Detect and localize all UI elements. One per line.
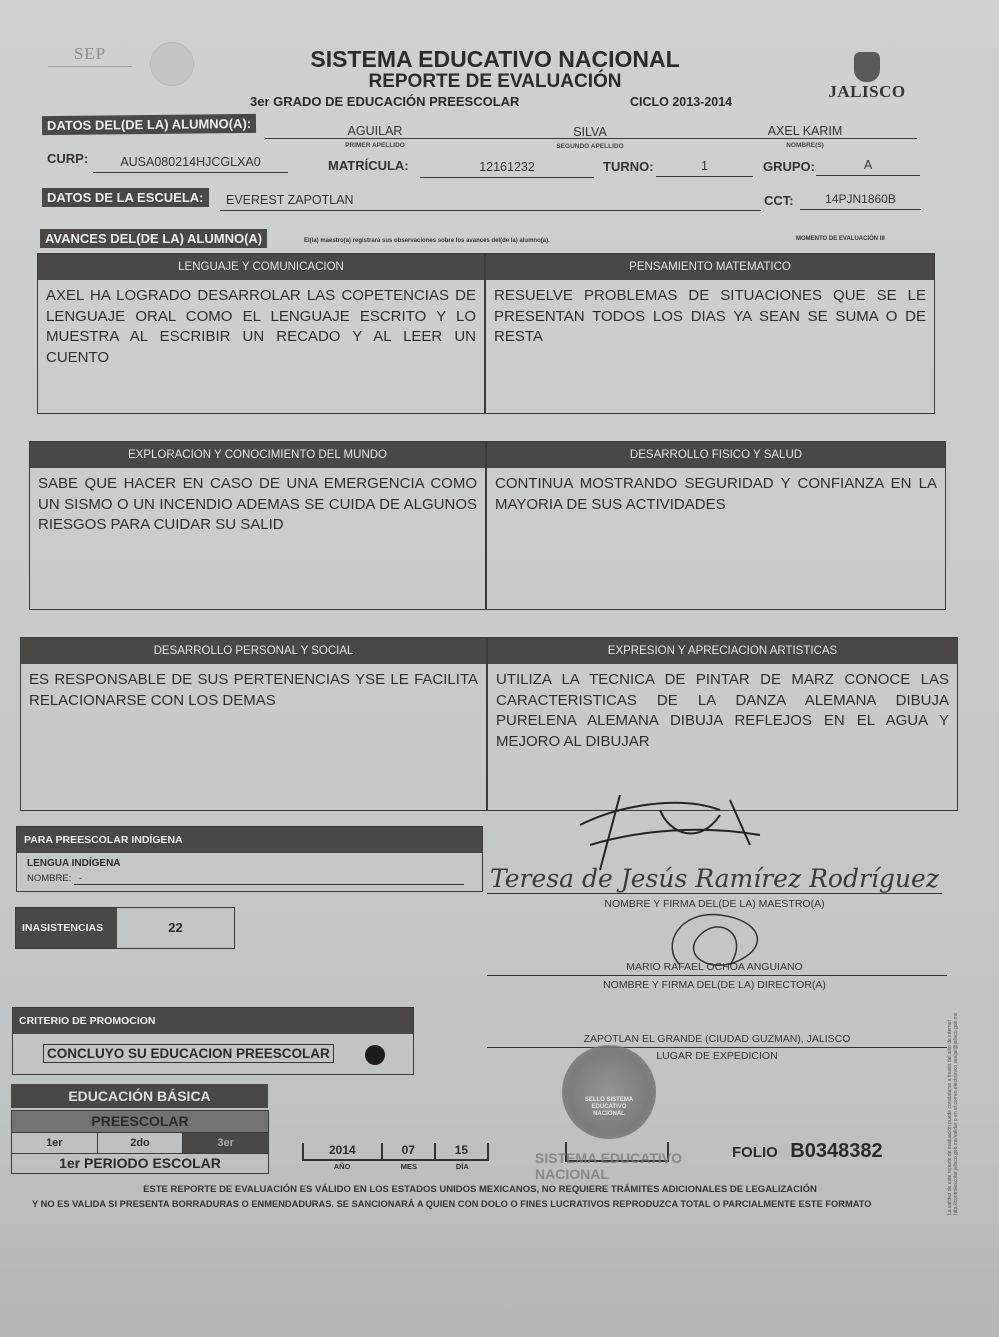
expedition-place: ZAPOTLAN EL GRANDE (CIUDAD GUZMAN), JALI… [487,1033,947,1045]
promotion-header: CRITERIO DE PROMOCION [13,1008,413,1034]
curp-value: AUSA080214HJCGLXA0 [93,155,288,173]
cct-value: 14PJN1860B [800,192,921,210]
date-day: 15 [436,1143,487,1159]
field-text: RESUELVE PROBLEMAS DE SITUACIONES QUE SE… [486,280,934,354]
jalisco-logo: JALISCO [822,52,912,118]
lengua-label: LENGUA INDÍGENA [17,853,482,869]
national-seal-icon [150,42,194,86]
month-label: MES [382,1162,435,1171]
second-surname-label: SEGUNDO APELLIDO [530,143,650,150]
sep-logo-text: SEP [48,44,132,64]
expedition-label: LUGAR DE EXPEDICION [487,1050,947,1062]
grade-1: 1er [12,1133,98,1153]
first-surname: AGUILAR [315,124,435,138]
footer-line-1: ESTE REPORTE DE EVALUACIÓN ES VÁLIDO EN … [30,1184,930,1195]
education-level: PREESCOLAR [12,1111,268,1132]
director-label: NOMBRE Y FIRMA DEL(DE LA) DIRECTOR(A) [487,979,942,991]
absences-box: INASISTENCIAS 22 [15,907,235,949]
promotion-box: CRITERIO DE PROMOCION CONCLUYO SU EDUCAC… [12,1007,414,1075]
field-title: PENSAMIENTO MATEMATICO [486,254,934,280]
absences-value: 22 [117,908,234,948]
grade-2: 2do [98,1133,184,1153]
field-artisticas: EXPRESION Y APRECIACION ARTISTICAS UTILI… [488,638,957,758]
date-year: 2014 [304,1143,383,1159]
sep-logo: SEP [48,44,132,84]
report-page: SEP JALISCO SISTEMA EDUCATIVO NACIONAL R… [0,0,999,1337]
expedition-line [487,1047,947,1048]
field-text: SABE QUE HACER EN CASO DE UNA EMERGENCIA… [30,468,485,542]
indigena-nombre: NOMBRE: - [17,869,482,885]
progress-section-label: AVANCES DEL(DE LA) ALUMNO(A) [40,229,267,248]
nombre-label: NOMBRE: [27,873,71,884]
indigena-header: PARA PREESCOLAR INDÍGENA [17,827,482,853]
absences-label: INASISTENCIAS [16,908,117,948]
grupo-value: A [816,158,920,176]
official-seal-stamp: SELLO SISTEMA EDUCATIVO NACIONAL [562,1045,656,1139]
field-text: AXEL HA LOGRADO DESARROLAR LAS COPETENCI… [38,280,484,374]
given-names: AXEL KARIM [740,124,870,138]
turno-label: TURNO: [603,159,654,174]
cct-label: CCT: [764,193,794,208]
progress-note: El(la) maestro(a) registrará sus observa… [304,238,550,244]
turno-value: 1 [656,159,753,177]
first-surname-label: PRIMER APELLIDO [315,142,435,149]
field-title: EXPLORACION Y CONOCIMIENTO DEL MUNDO [30,442,485,468]
field-pensamiento: PENSAMIENTO MATEMATICO RESUELVE PROBLEMA… [486,254,934,354]
teacher-signature-line [487,893,942,894]
curp-label: CURP: [47,151,88,166]
school-name: EVEREST ZAPOTLAN [220,193,761,211]
progress-row-3: DESARROLLO PERSONAL Y SOCIAL ES RESPONSA… [20,637,958,811]
given-names-label: NOMBRE(S) [760,142,850,149]
school-section-label: DATOS DE LA ESCUELA: [42,188,209,207]
nombre-value: - [74,873,464,885]
promotion-value: CONCLUYO SU EDUCACION PREESCOLAR [43,1044,334,1063]
footer-line-2: Y NO ES VALIDA SI PRESENTA BORRADURAS O … [32,1199,952,1209]
date-labels: AÑO MES DÍA [302,1162,489,1171]
indigena-box: PARA PREESCOLAR INDÍGENA LENGUA INDÍGENA… [16,826,483,892]
year-label: AÑO [302,1162,382,1171]
folio-value: B0348382 [790,1140,882,1162]
field-exploracion: EXPLORACION Y CONOCIMIENTO DEL MUNDO SAB… [30,442,485,542]
jalisco-crest-icon [854,52,880,82]
cycle-label: CICLO 2013-2014 [630,95,732,109]
student-section-label: DATOS DEL(DE LA) ALUMNO(A): [42,114,256,135]
director-signature-line [487,975,947,976]
education-table: PREESCOLAR 1er 2do 3er 1er PERIODO ESCOL… [11,1110,269,1174]
vertical-validation-note: La validez de este reporte de evaluación… [947,930,967,1215]
field-text: UTILIZA LA TECNICA DE PINTAR DE MARZ CON… [488,664,957,758]
seal-stamp-text: SISTEMA EDUCATIVO NACIONAL [535,1150,705,1180]
field-text: ES RESPONSABLE DE SUS PERTENENCIAS YSE L… [21,664,486,717]
matricula-label: MATRÍCULA: [328,158,409,173]
field-fisico: DESARROLLO FISICO Y SALUD CONTINUA MOSTR… [487,442,945,521]
teacher-name-handwritten: Teresa de Jesús Ramírez Rodríguez [490,864,960,893]
document-title: SISTEMA EDUCATIVO NACIONAL [250,46,740,73]
field-personal: DESARROLLO PERSONAL Y SOCIAL ES RESPONSA… [21,638,486,717]
progress-row-1: LENGUAJE Y COMUNICACION AXEL HA LOGRADO … [37,253,935,414]
field-text: CONTINUA MOSTRANDO SEGURIDAD Y CONFIANZA… [487,468,945,521]
day-label: DÍA [436,1162,489,1171]
document-subtitle: REPORTE DE EVALUACIÓN [250,71,740,93]
progress-row-2: EXPLORACION Y CONOCIMIENTO DEL MUNDO SAB… [29,441,946,610]
grupo-label: GRUPO: [763,159,815,174]
date-month: 07 [383,1143,436,1159]
school-period: 1er PERIODO ESCOLAR [12,1154,268,1173]
field-lenguaje: LENGUAJE Y COMUNICACION AXEL HA LOGRADO … [38,254,484,374]
teacher-signature-icon [560,785,790,875]
filled-bullet-icon [365,1045,385,1065]
grade-selector: 1er 2do 3er [12,1132,268,1154]
second-surname: SILVA [530,125,650,139]
field-title: DESARROLLO FISICO Y SALUD [487,442,945,468]
grade-3-active: 3er [183,1133,268,1153]
matricula-value: 12161232 [420,160,594,178]
field-title: EXPRESION Y APRECIACION ARTISTICAS [488,638,957,664]
folio: FOLIO B0348382 [732,1140,883,1163]
seal-text: SELLO SISTEMA EDUCATIVO NACIONAL [584,1097,634,1118]
grade-label: 3er GRADO DE EDUCACIÓN PREESCOLAR [250,94,519,109]
director-name: MARIO RAFAEL OCHOA ANGUIANO [487,961,942,973]
evaluation-moment: MOMENTO DE EVALUACIÓN III [796,236,885,242]
issue-date: 2014 07 15 [302,1143,489,1161]
field-title: LENGUAJE Y COMUNICACION [38,254,484,280]
field-title: DESARROLLO PERSONAL Y SOCIAL [21,638,486,664]
folio-label: FOLIO [732,1144,778,1161]
education-header: EDUCACIÓN BÁSICA [11,1084,268,1108]
